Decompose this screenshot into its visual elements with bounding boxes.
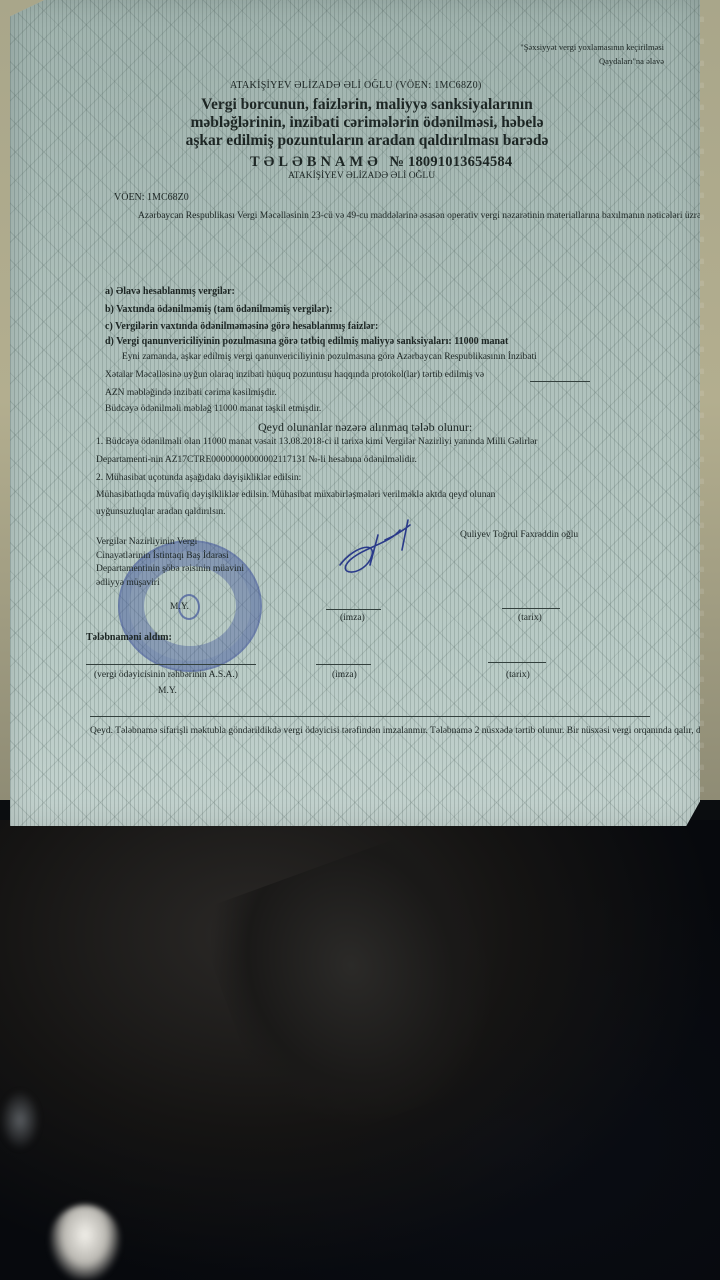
- signatory-title: Vergilər Nazirliyinin Vergi Cinayətlərin…: [96, 536, 244, 590]
- receipt-signature-caption: (imza): [332, 670, 357, 680]
- signatory-line-3: Departamentinin şöbə rəisinin müavini: [96, 563, 244, 577]
- reference-note: "Şəxsiyyət vergi yoxlamasının keçirilməs…: [520, 40, 664, 68]
- headline-line-2: məbləğlərinin, inzibati cərimələrin ödən…: [22, 114, 712, 132]
- document-title: TƏLƏBNAMƏ № 18091013654584: [250, 154, 512, 171]
- receipt-signature-line: [316, 664, 371, 665]
- requirement-2-detail-end: uyğunsuzluqlar aradan qaldırılsın.: [96, 507, 226, 517]
- admin-line-3: AZN məbləğində inzibati cərimə kəsilmişd…: [105, 388, 277, 398]
- footnote-separator: [90, 716, 650, 717]
- admin-line-1: Eyni zamanda, aşkar edilmiş vergi qanunv…: [122, 352, 537, 362]
- item-d: d) Vergi qanunvericiliyinin pozulmasına …: [105, 336, 508, 347]
- reference-line-1: "Şəxsiyyət vergi yoxlamasının keçirilməs…: [520, 40, 664, 54]
- receipt-label: Tələbnaməni aldım:: [86, 632, 172, 643]
- document-number: № 18091013654584: [389, 154, 512, 170]
- requirements-heading: Qeyd olunanlar nəzərə alınmaq tələb olun…: [258, 420, 472, 435]
- signature-line: [326, 609, 381, 610]
- item-b: b) Vaxtında ödənilməmiş (tam ödənilməmiş…: [105, 304, 332, 315]
- requirement-2: 2. Mühasibat uçotunda aşağıdakı dəyişikl…: [96, 473, 301, 483]
- blurred-object: [0, 1090, 40, 1150]
- admin-line-2: Xətalar Məcəlləsinə uyğun olaraq inzibat…: [105, 370, 484, 380]
- handwritten-signature: [330, 515, 420, 585]
- headline-line-1: Vergi borcunun, faizlərin, maliyyə sanks…: [22, 96, 712, 114]
- document-headline: Vergi borcunun, faizlərin, maliyyə sanks…: [22, 96, 712, 150]
- footnote: Qeyd. Tələbnamə sifarişli məktubla göndə…: [90, 722, 630, 740]
- item-c: c) Vergilərin vaxtında ödənilməməsinə gö…: [105, 321, 378, 332]
- item-a: a) Əlavə hesablanmış vergilər:: [105, 286, 235, 297]
- receipt-date-caption: (tarix): [506, 670, 530, 680]
- amount-blank-line: [530, 381, 590, 382]
- seal-label: M.Y.: [170, 602, 189, 612]
- signatory-line-2: Cinayətlərinin İstintaqı Baş İdarəsi: [96, 550, 244, 564]
- title-text: TƏLƏBNAMƏ: [250, 154, 382, 170]
- receipt-seal-label: M.Y.: [158, 686, 177, 696]
- reference-line-2: Qaydaları"na əlavə: [520, 54, 664, 68]
- light-reflection: [50, 1205, 120, 1280]
- signatory-line-4: ədliyyə müşaviri: [96, 577, 244, 591]
- issuer-line: ATAKİŞİYEV ƏLİZADƏ ƏLİ OĞLU (VÖEN: 1MC68…: [230, 80, 482, 91]
- receipt-name-caption: (vergi ödəyicisinin rəhbərinin A.S.A.): [94, 670, 238, 680]
- official-name: Quliyev Toğrul Faxrəddin oğlu: [460, 530, 578, 540]
- date-line: [502, 608, 560, 609]
- headline-line-3: aşkar edilmiş pozuntuların aradan qaldır…: [22, 132, 712, 150]
- receipt-date-line: [488, 662, 546, 663]
- receipt-name-line: [86, 664, 256, 665]
- requirement-1: 1. Büdcəyə ödənilməli olan 11000 manat v…: [96, 437, 537, 447]
- payer-name: ATAKİŞİYEV ƏLİZADƏ ƏLİ OĞLU: [288, 171, 435, 181]
- requirement-1-account: Departamenti-nin AZ17CTRE000000000000021…: [96, 455, 417, 465]
- admin-line-4: Büdcəyə ödənilməli məbləğ 11000 manat tə…: [105, 404, 321, 414]
- requirement-2-detail: Mühasibatlıqda müvafiq dəyişikliklər edi…: [96, 490, 495, 500]
- signatory-line-1: Vergilər Nazirliyinin Vergi: [96, 536, 244, 550]
- tax-demand-document: "Şəxsiyyət vergi yoxlamasının keçirilməs…: [10, 0, 700, 826]
- taxpayer-id: VÖEN: 1MC68Z0: [114, 192, 189, 203]
- intro-paragraph: Azərbaycan Respublikası Vergi Məcəlləsin…: [114, 208, 674, 224]
- date-caption: (tarix): [518, 613, 542, 623]
- signature-caption: (imza): [340, 613, 365, 623]
